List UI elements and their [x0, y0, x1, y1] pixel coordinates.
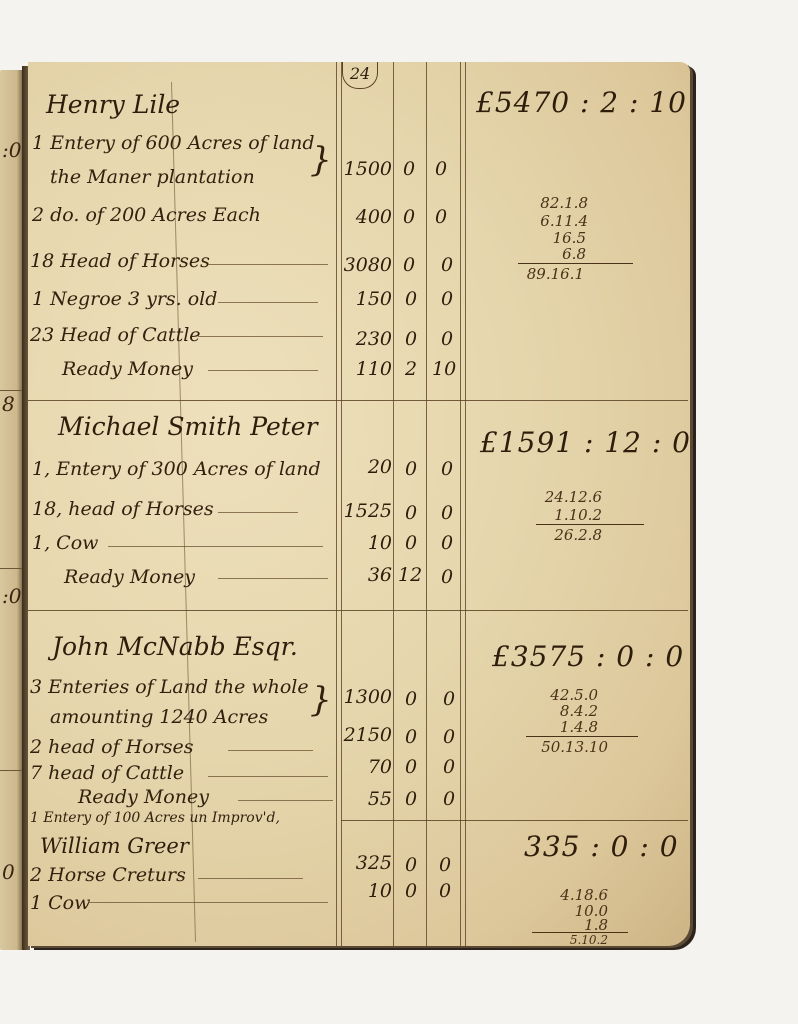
pounds: 55	[334, 788, 392, 810]
shillings: 0	[400, 458, 422, 480]
entry-item: 18 Head of Horses	[30, 250, 210, 272]
shillings: 0	[398, 254, 420, 276]
shillings: 0	[400, 726, 422, 748]
pounds: 325	[334, 852, 392, 874]
pence: 0	[438, 726, 460, 748]
pence: 0	[436, 288, 458, 310]
pounds: 110	[334, 358, 392, 380]
pence: 0	[434, 880, 456, 902]
entry-name: Henry Lile	[46, 90, 180, 119]
pence: 0	[436, 566, 458, 588]
leader-line	[238, 800, 333, 801]
pence: 0	[430, 158, 452, 180]
shillings: 0	[400, 328, 422, 350]
sum-rule	[526, 736, 638, 737]
entry-name: Michael Smith Peter	[58, 412, 318, 441]
leader-line	[88, 902, 328, 903]
entry-item: amounting 1240 Acres	[50, 706, 268, 728]
working-line: 1.10.2	[518, 506, 602, 524]
shillings: 12	[398, 564, 420, 586]
working-line: 6.11.4	[518, 212, 588, 230]
shillings: 0	[400, 532, 422, 554]
shillings: 2	[400, 358, 422, 380]
pounds: 20	[334, 456, 392, 478]
working-line: 1.4.8	[528, 718, 598, 736]
shillings: 0	[400, 854, 422, 876]
shillings: 0	[398, 206, 420, 228]
entry-item: the Maner plantation	[50, 166, 255, 188]
pounds: 150	[334, 288, 392, 310]
pounds: 1525	[334, 500, 392, 522]
shillings: 0	[400, 788, 422, 810]
leader-line	[208, 370, 318, 371]
pounds: 36	[334, 564, 392, 586]
entry-item: Ready Money	[62, 358, 193, 380]
working-sum: 50.13.10	[528, 738, 608, 756]
entry-item: 1 Negroe 3 yrs. old	[32, 288, 217, 310]
pence: 0	[434, 854, 456, 876]
left-page-fragment: 8	[2, 392, 15, 416]
ledger-page: 24 Henry Lile 1 Entery of 600 Acres of l…	[28, 62, 690, 946]
leader-line	[208, 264, 328, 265]
brace: }	[310, 680, 332, 720]
working-sum: 26.2.8	[518, 526, 602, 544]
pence: 0	[436, 328, 458, 350]
entry-item: Ready Money	[64, 566, 195, 588]
entry-total: £1591 : 12 : 0	[480, 426, 691, 459]
pounds: 2150	[334, 724, 392, 746]
pounds: 230	[334, 328, 392, 350]
section-divider	[28, 400, 688, 401]
pence: 0	[438, 756, 460, 778]
entry-item: 2 head of Horses	[30, 736, 194, 758]
column-rule	[426, 62, 427, 946]
leader-line	[198, 336, 323, 337]
entry-item: 1 Cow	[30, 892, 90, 914]
leader-line	[208, 776, 328, 777]
sum-rule	[518, 263, 633, 264]
leader-line	[218, 512, 298, 513]
pounds: 10	[334, 532, 392, 554]
left-page-rule	[0, 770, 24, 771]
leader-line	[218, 302, 318, 303]
entry-item: 1, Entery of 300 Acres of land	[32, 458, 321, 480]
entry-item: 7 head of Cattle	[30, 762, 184, 784]
pence: 10	[432, 358, 454, 380]
entry-item: 1, Cow	[32, 532, 98, 554]
section-divider	[341, 820, 688, 821]
left-page-fragment: :0	[2, 584, 21, 608]
shillings: 0	[400, 880, 422, 902]
shillings: 0	[400, 288, 422, 310]
left-page-fragment: :0	[2, 138, 21, 162]
leader-line	[198, 878, 303, 879]
entry-item: 2 do. of 200 Acres Each	[32, 204, 261, 226]
column-rule	[460, 62, 461, 946]
pounds: 10	[334, 880, 392, 902]
entry-total: £3575 : 0 : 0	[492, 640, 684, 673]
sum-rule	[536, 524, 644, 525]
pence: 0	[436, 532, 458, 554]
shillings: 0	[398, 158, 420, 180]
entry-item: 1 Entery of 100 Acres un Improv'd,	[30, 810, 280, 826]
pence: 0	[430, 206, 452, 228]
leader-line	[108, 546, 323, 547]
working-sum: 5.10.2	[528, 933, 608, 947]
leader-line	[228, 750, 313, 751]
left-page-fragment: 0	[2, 860, 15, 884]
page-number: 24	[342, 62, 378, 89]
column-rule	[465, 62, 466, 946]
pounds: 1300	[334, 686, 392, 708]
left-page-rule	[0, 390, 24, 391]
pence: 0	[436, 502, 458, 524]
working-sum: 89.16.1	[518, 265, 584, 283]
entry-total: £5470 : 2 : 10	[476, 86, 687, 119]
entry-item: 18, head of Horses	[32, 498, 214, 520]
pounds: 1500	[334, 158, 392, 180]
entry-item: 3 Enteries of Land the whole	[30, 676, 309, 698]
column-rule	[393, 62, 394, 946]
entry-name: John McNabb Esqr.	[52, 632, 298, 661]
leader-line	[218, 578, 328, 579]
section-divider	[28, 610, 688, 611]
pence: 0	[436, 254, 458, 276]
left-facing-page: :0 8 :0 0	[0, 70, 24, 950]
pence: 0	[438, 788, 460, 810]
entry-item: 23 Head of Cattle	[30, 324, 201, 346]
working-line: 24.12.6	[518, 488, 602, 506]
pence: 0	[436, 458, 458, 480]
left-page-rule	[0, 568, 24, 569]
working-line: 6.8	[518, 245, 586, 263]
shillings: 0	[400, 688, 422, 710]
pounds: 400	[334, 206, 392, 228]
entry-total: 335 : 0 : 0	[524, 830, 679, 863]
pence: 0	[438, 688, 460, 710]
shillings: 0	[400, 756, 422, 778]
entry-item: 2 Horse Creturs	[30, 864, 186, 886]
entry-name: William Greer	[40, 834, 189, 858]
shillings: 0	[400, 502, 422, 524]
entry-item: Ready Money	[78, 786, 209, 808]
working-line: 82.1.8	[518, 194, 588, 212]
entry-item: 1 Entery of 600 Acres of land	[32, 132, 315, 154]
brace: }	[310, 140, 332, 180]
pounds: 3080	[334, 254, 392, 276]
pounds: 70	[334, 756, 392, 778]
